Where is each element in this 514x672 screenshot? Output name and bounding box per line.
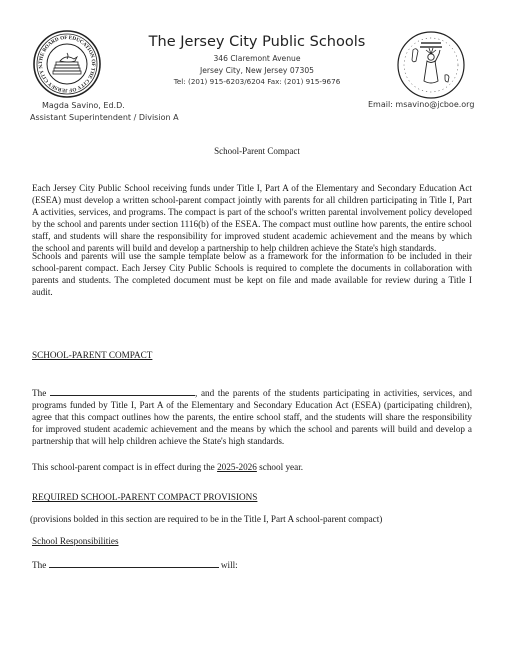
- provisions-heading: REQUIRED SCHOOL-PARENT COMPACT PROVISION…: [32, 492, 257, 502]
- school-will-line: The will:: [32, 558, 238, 570]
- phone-fax: Tel: (201) 915-6203/6204 Fax: (201) 915-…: [0, 77, 514, 86]
- school-responsibilities-heading: School Responsibilities: [32, 536, 119, 546]
- provisions-note: (provisions bolded in this section are r…: [30, 514, 382, 524]
- organization-name: The Jersey City Public Schools: [0, 34, 514, 50]
- address-street: 346 Claremont Avenue: [0, 54, 514, 63]
- school-name-blank[interactable]: [50, 386, 195, 396]
- school-will-prefix: The: [32, 560, 46, 570]
- effect-prefix: This school-parent compact is in effect …: [32, 462, 215, 472]
- school-name-blank-2[interactable]: [49, 558, 219, 568]
- school-will-suffix: will:: [221, 560, 238, 570]
- school-year: 2025-2026: [217, 462, 257, 472]
- intro-paragraph: Each Jersey City Public School receiving…: [32, 182, 472, 255]
- contact-email[interactable]: Email: msavino@jcboe.org: [368, 100, 474, 109]
- address-city: Jersey City, New Jersey 07305: [0, 66, 514, 75]
- compact-body: , and the parents of the students partic…: [32, 388, 472, 446]
- compact-prefix: The: [32, 388, 46, 398]
- compact-heading: SCHOOL-PARENT COMPACT: [32, 350, 152, 360]
- template-paragraph: Schools and parents will use the sample …: [32, 250, 472, 298]
- compact-paragraph: The , and the parents of the students pa…: [32, 386, 472, 447]
- effect-suffix: school year.: [259, 462, 303, 472]
- signatory-name: Magda Savino, Ed.D.: [42, 101, 125, 110]
- effect-sentence: This school-parent compact is in effect …: [32, 462, 303, 472]
- signatory-title: Assistant Superintendent / Division A: [30, 113, 179, 122]
- document-title: School-Parent Compact: [0, 146, 514, 156]
